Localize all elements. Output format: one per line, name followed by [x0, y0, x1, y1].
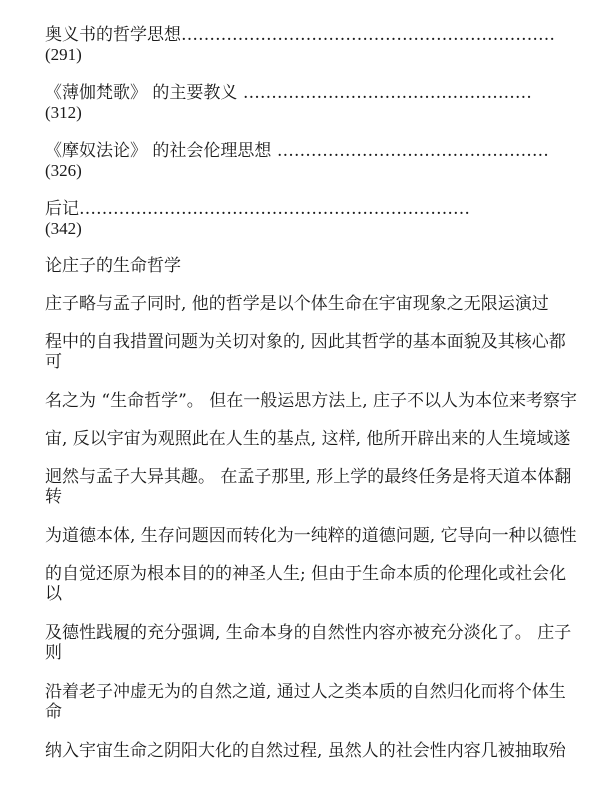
paragraph-line: 名之为 “生命哲学”。 但在一般运思方法上, 庄子不以人为本位来考察宇 — [45, 391, 565, 411]
toc-entry[interactable]: 后记…………………………………………………………… (342) — [45, 199, 565, 239]
toc-entry-title: 《薄伽梵歌》 的主要教义 — [45, 83, 243, 103]
paragraph-line: 迥然与孟子大异其趣。 在孟子那里, 形上学的最终任务是将天道本体翻 转 — [45, 467, 565, 507]
toc-entry[interactable]: 《薄伽梵歌》 的主要教义 …………………………………………… (312) — [45, 83, 565, 123]
toc-leader-dots: ………………………………………… — [277, 141, 549, 161]
toc-page-number: (312) — [45, 103, 565, 123]
paragraph-line: 的自觉还原为根本目的的神圣人生; 但由于生命本质的伦理化或社会化 以 — [45, 564, 565, 604]
toc-page-number: (291) — [45, 45, 565, 65]
paragraph-line: 为道德本体, 生存问题因而转化为一纯粹的道德问题, 它导向一种以德性 — [45, 526, 565, 546]
paragraph-line: 庄子略与孟子同时, 他的哲学是以个体生命在宇宙现象之无限运演过 — [45, 294, 565, 314]
toc-leader-dots: …………………………………………… — [243, 83, 532, 103]
toc-entry[interactable]: 奥义书的哲学思想………………………………………………………… (291) — [45, 25, 565, 65]
toc-page-number: (342) — [45, 219, 565, 239]
toc-leader-dots: …………………………………………………………… — [79, 199, 470, 219]
article-title: 论庄子的生命哲学 — [45, 256, 181, 276]
paragraph-line: 宙, 反以宇宙为观照此在人生的基点, 这样, 他所开辟出来的人生境域遂 — [45, 429, 565, 449]
paragraph-line: 纳入宇宙生命之阴阳大化的自然过程, 虽然人的社会性内容几被抽取殆 — [45, 741, 565, 761]
toc-entry-title: 后记 — [45, 199, 79, 219]
toc-entry-title: 奥义书的哲学思想 — [45, 25, 181, 45]
toc-leader-dots: ………………………………………………………… — [181, 25, 555, 45]
toc-page-number: (326) — [45, 161, 565, 181]
paragraph-line: 及德性践履的充分强调, 生命本身的自然性内容亦被充分淡化了。 庄子 则 — [45, 623, 565, 663]
paragraph-line: 沿着老子冲虚无为的自然之道, 通过人之类本质的自然归化而将个体生 命 — [45, 682, 565, 722]
toc-entry-title: 《摩奴法论》 的社会伦理思想 — [45, 141, 277, 161]
paragraph-line: 程中的自我措置问题为关切对象的, 因此其哲学的基本面貌及其核心都 可 — [45, 332, 565, 372]
toc-entry[interactable]: 《摩奴法论》 的社会伦理思想 ………………………………………… (326) — [45, 141, 565, 181]
